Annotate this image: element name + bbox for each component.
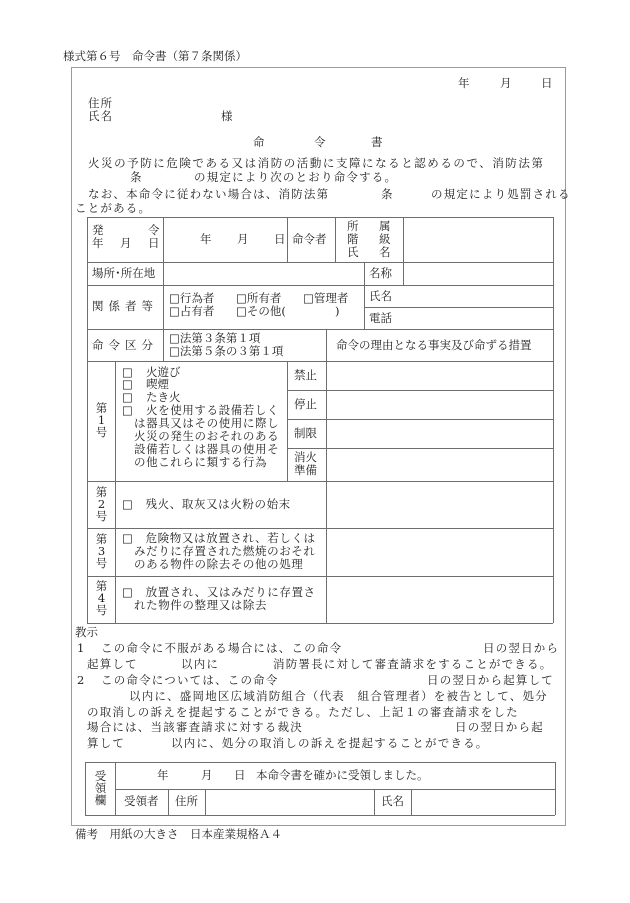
instruction-1-line-1: この命令に不服がある場合には、この命令 <box>101 641 342 656</box>
intro-line-1: 火災の予防に危険である又は消防の活動に支障になると認めるので、消防法第 <box>88 156 545 171</box>
instruction-2-line-4-end: 日の翌日から起 <box>455 720 544 735</box>
instruction-1-line-1-end: 日の翌日から <box>483 641 559 656</box>
issue-date-day: 日 <box>274 233 286 246</box>
intro-line-4: ことがある。 <box>75 201 151 216</box>
receiver-label: 受領者 <box>124 795 159 808</box>
action-restrict-label: 制限 <box>294 427 317 440</box>
receipt-date-year: 年 <box>157 769 169 782</box>
item3-text-3: のある物件の除去その他の処理 <box>134 558 303 571</box>
action-prohibit-label: 禁止 <box>294 369 317 382</box>
receipt-section-label: 受領欄 <box>86 770 115 806</box>
intro-line-3: なお、本命令に従わない場合は、消防法第 <box>88 187 329 202</box>
option-other[interactable]: □その他( <box>236 305 286 318</box>
person-name-label: 氏名 <box>369 290 392 303</box>
instruction-2-line-2: 以内に、盛岡地区広域消防組合（代表 組合管理者）を被告として、処分 <box>129 689 548 704</box>
order-category-option-art5-3[interactable]: □法第５条の３第１項 <box>169 345 283 358</box>
item1-continuation-4: の他これらに類する行為 <box>134 456 267 469</box>
order-category-label: 命令区分 <box>92 339 158 352</box>
instruction-2-line-5-a: 算して <box>87 736 125 751</box>
item4-text-2: れた物件の整理又は除去 <box>134 599 267 612</box>
issue-date-label-day: 日 <box>148 237 160 250</box>
receiver-name-label: 氏名 <box>381 795 404 808</box>
issue-date-label-month: 月 <box>120 237 132 250</box>
issue-date-label-year: 年 <box>92 237 104 250</box>
instruction-2-line-1: この命令については、この命令 <box>101 673 279 688</box>
related-parties-label: 関係者等 <box>92 300 158 313</box>
doc-title-char-2: 令 <box>314 136 326 149</box>
facility-name-label: 名称 <box>369 267 392 280</box>
action-extinguish-label-2: 準備 <box>294 464 317 477</box>
form-title: 様式第６号 命令書（第７条関係） <box>63 50 247 63</box>
instruction-2-line-4: 場合には、当該審査請求に対する裁決 <box>87 720 303 735</box>
doc-title-char-1: 命 <box>253 136 265 149</box>
issue-date-month: 月 <box>237 233 249 246</box>
issue-date-year: 年 <box>200 233 212 246</box>
option-manager[interactable]: □管理者 <box>303 292 348 305</box>
instruction-1-line-2-c: 消防署長に対して審査請求をすることができる。 <box>273 657 552 672</box>
item1-checkbox-fire-equipment[interactable]: □ <box>122 404 133 417</box>
doc-title-char-3: 書 <box>371 136 383 149</box>
header-date-month: 月 <box>500 77 512 90</box>
option-occupant[interactable]: □占有者 <box>169 305 214 318</box>
item2-label: 第2号 <box>88 486 115 522</box>
item4-label: 第4号 <box>88 580 115 616</box>
instruction-1-line-2-b: 以内に <box>181 657 219 672</box>
receiver-address-label: 住所 <box>175 795 198 808</box>
orderer-name-label-a: 氏 <box>347 246 359 259</box>
recipient-name-label: 氏名 <box>88 110 113 123</box>
orderer-label: 命令者 <box>292 233 327 246</box>
option-other-close-paren: ) <box>335 305 340 318</box>
receipt-statement: 本命令書を確かに受領しました。 <box>256 769 429 782</box>
orderer-name-label-b: 名 <box>379 246 391 259</box>
instruction-2-line-3: の取消しの訴えを提起することができる。ただし、上記１の審査請求をした <box>87 705 519 720</box>
header-date-year: 年 <box>458 77 470 90</box>
intro-line-2-article: 条 <box>130 170 143 185</box>
item1-label: 第1号 <box>88 402 115 438</box>
footnote: 備考 用紙の大きさ 日本産業規格Ａ４ <box>75 828 282 841</box>
item3-label: 第3号 <box>88 533 115 569</box>
receipt-date-day: 日 <box>234 769 246 782</box>
header-date-day: 日 <box>541 77 553 90</box>
action-stop-label: 停止 <box>294 398 317 411</box>
instruction-1-number: 1 <box>77 641 86 656</box>
instruction-2-line-1-end: 日の翌日から起算して <box>427 673 554 688</box>
instruction-heading: 教示 <box>75 626 98 639</box>
phone-label: 電話 <box>369 312 392 325</box>
intro-line-3-penalty: の規定により処罰される <box>431 187 571 202</box>
instruction-1-line-2-a: 起算して <box>87 657 138 672</box>
instruction-2-line-5-b: 以内に、処分の取消しの訴えを提起することができる。 <box>171 736 489 751</box>
receipt-date-month: 月 <box>201 769 213 782</box>
honorific: 様 <box>221 110 233 123</box>
reason-header: 命令の理由となる事実及び命ずる措置 <box>336 339 532 352</box>
item2-text[interactable]: □ 残火、取灰又は火粉の始末 <box>122 498 291 511</box>
instruction-2-number: 2 <box>77 673 86 688</box>
intro-line-2: の規定により次のとおり命令する。 <box>194 170 397 185</box>
intro-line-3-article: 条 <box>381 187 394 202</box>
location-label: 場所･所在地 <box>92 267 155 280</box>
